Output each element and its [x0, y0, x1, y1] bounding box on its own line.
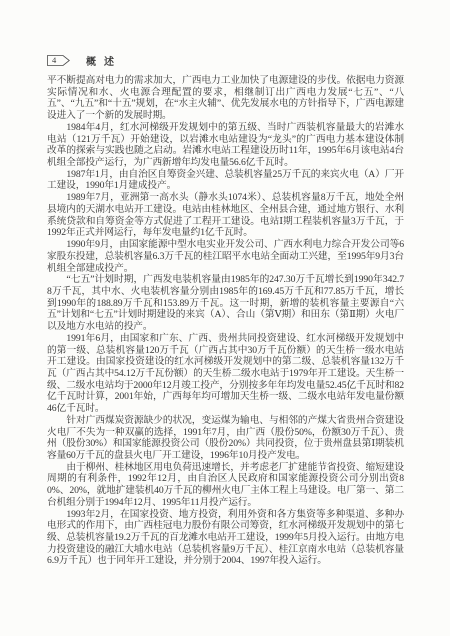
paragraph-1: 平不断提高对电力的需求加大，广西电力工业加快了电源建设的步伐。依据电力资源实际情… [47, 75, 404, 122]
paragraph-2: 1984年4月，红水河梯级开发规划中的第五级、当时广西装机容量最大的岩滩水电站（… [47, 122, 404, 169]
book-page: 4 概述 平不断提高对电力的需求加大，广西电力工业加快了电源建设的步伐。依据电力… [0, 0, 450, 636]
section-title: 概述 [86, 53, 122, 68]
paragraph-6: “七五”计划时期，广西发电装机容量由1985年的247.30万千瓦增长到1990… [47, 274, 404, 333]
paragraph-3: 1987年1月，由自治区自筹资金兴建、总装机容量25万千瓦的来宾火电（A）厂开工… [47, 169, 404, 192]
page-header: 4 概述 [47, 54, 404, 66]
paragraph-4: 1989年7月，亚洲第一高水头（静水头1074米）、总装机容量8万千瓦，地处全州… [47, 192, 404, 239]
paragraph-8: 针对广西煤炭资源缺少的状况，变运煤为输电、与相邻的产煤大省贵州合资建设火电厂不失… [47, 415, 404, 462]
body-text: 平不断提高对电力的需求加大，广西电力工业加快了电源建设的步伐。依据电力资源实际情… [47, 75, 404, 567]
paragraph-10: 1993年2月，在国家投资、地方投资，利用外资和各方集资等多种渠道、多种办电形式… [47, 509, 404, 568]
page-tag-shape-icon [47, 55, 70, 66]
paragraph-5: 1990年9月，由国家能源中型水电实业开发公司、广西水利电力综合开发公司等6家股… [47, 239, 404, 274]
page-number-tag: 4 [47, 55, 70, 66]
paragraph-9: 由于柳州、桂林地区用电负荷迅速增长，并考虑老厂扩建能节省投资、缩短建设周期的有利… [47, 462, 404, 509]
page-number: 4 [52, 55, 56, 65]
paragraph-7: 1991年6月，由国家和广东、广西、贵州共同投资建设、红水河梯级开发规划中的第一… [47, 333, 404, 415]
